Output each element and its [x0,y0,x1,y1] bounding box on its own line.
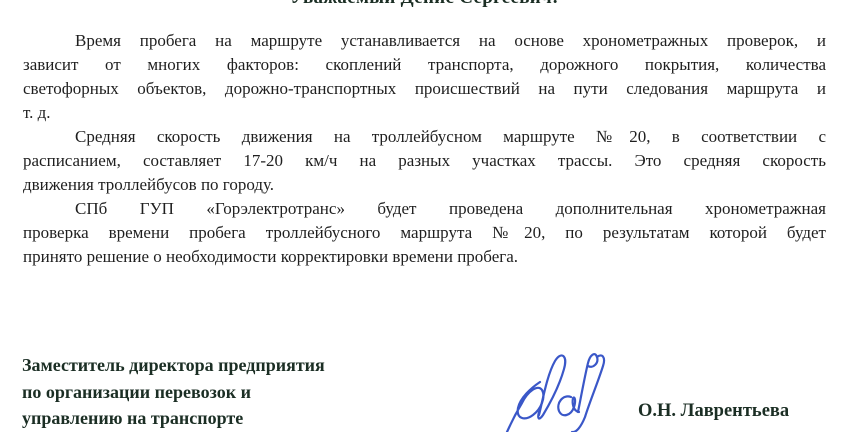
handwritten-signature-icon [485,345,620,432]
signer-name: О.Н. Лаврентьева [638,401,789,422]
scanned-letter-page: Уважаемый Денис Сергеевич! Время пробега… [0,0,849,432]
body-line: расписанием, составляет 17-20 км/ч на ра… [23,149,826,173]
paragraph-additional-check: СПб ГУП «Горэлектротранс» будет проведен… [23,197,826,269]
body-line: проверка времени пробега троллейбусного … [23,221,826,245]
body-line: принято решение о необходимости корректи… [23,245,826,269]
letter-body: Время пробега на маршруте устанавливаетс… [23,29,826,269]
paragraph-travel-time: Время пробега на маршруте устанавливаетс… [23,29,826,125]
paragraph-average-speed: Средняя скорость движения на троллейбусн… [23,125,826,197]
body-line: светофорных объектов, дорожно-транспортн… [23,77,826,101]
body-line: движения троллейбусов по городу. [23,173,826,197]
salutation-heading: Уважаемый Денис Сергеевич! [0,0,849,8]
body-line: т. д. [23,101,826,125]
position-title-line: по организации перевозок и [22,379,325,406]
position-title-line: управлению на транспорте [22,405,325,432]
body-line: Средняя скорость движения на троллейбусн… [23,125,826,149]
signer-position-title: Заместитель директора предприятия по орг… [22,352,325,432]
body-line: Время пробега на маршруте устанавливаетс… [23,29,826,53]
body-line: зависит от многих факторов: скоплений тр… [23,53,826,77]
body-line: СПб ГУП «Горэлектротранс» будет проведен… [23,197,826,221]
position-title-line: Заместитель директора предприятия [22,352,325,379]
